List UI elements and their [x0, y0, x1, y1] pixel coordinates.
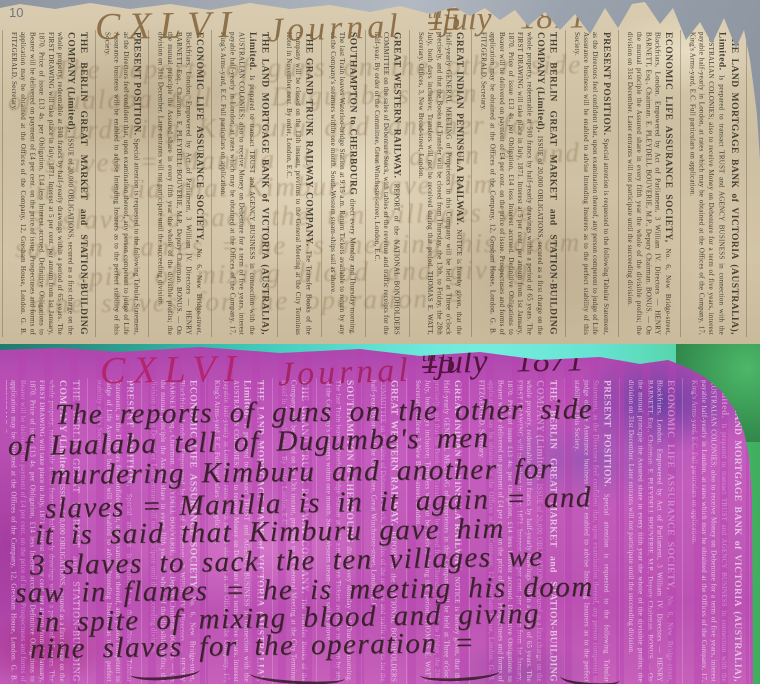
diary-line: nine slaves for the operation =	[30, 283, 466, 320]
natural-light-photo: THE LAND MORTGAGE BANK of VICTORIA (AUST…	[0, 0, 760, 344]
page-number-label: 10	[9, 5, 23, 20]
newspaper-clipping: THE LAND MORTGAGE BANK of VICTORIA (AUST…	[0, 0, 760, 344]
newsprint-ad: GREAT INDIAN PENINSULA RAILWAY. NOTICE i…	[2, 30, 3, 337]
diary-scan-page: THE LAND MORTGAGE BANK of VICTORIA (AUST…	[0, 0, 760, 684]
diary-line: nine slaves for the operation =	[30, 627, 476, 666]
newsprint-ad: THE LAND MORTGAGE BANK of VICTORIA (AUST…	[681, 30, 747, 337]
newsprint-ad: ECONOMIC LIFE ASSURANCE SOCIETY, No. 6, …	[620, 378, 684, 684]
spectral-processed-photo: THE LAND MORTGAGE BANK of VICTORIA (AUST…	[0, 344, 760, 684]
newsprint-ad: ECONOMIC LIFE ASSURANCE SOCIETY, No. 6, …	[619, 30, 681, 337]
processed-journal-page: THE LAND MORTGAGE BANK of VICTORIA (AUST…	[0, 344, 760, 684]
newsprint-ad: THE LAND MORTGAGE BANK of VICTORIA (AUST…	[683, 378, 750, 684]
